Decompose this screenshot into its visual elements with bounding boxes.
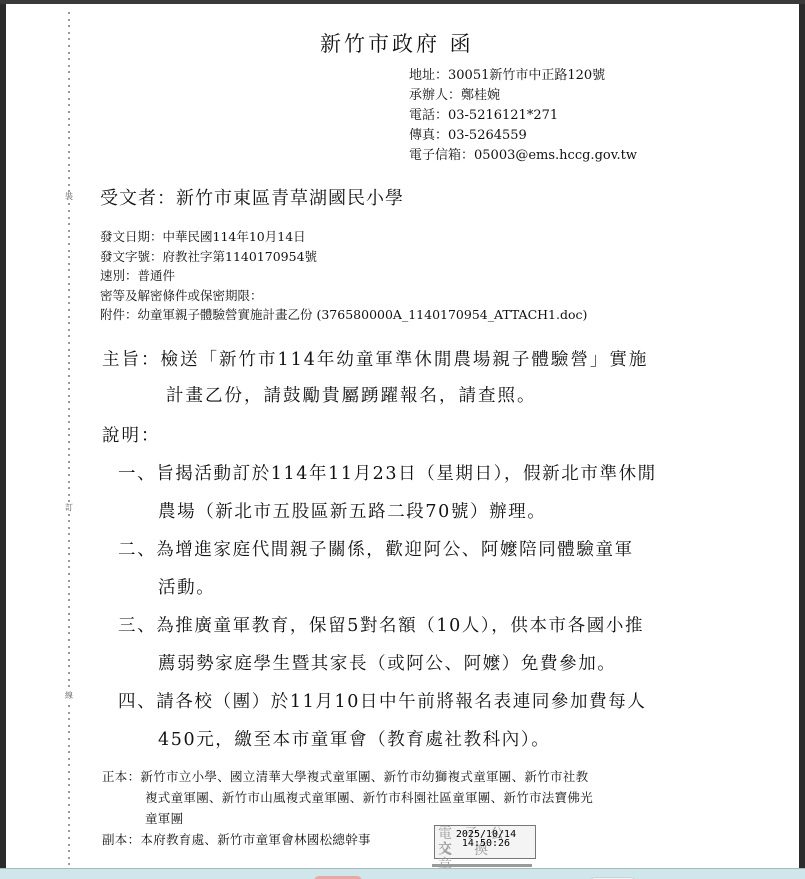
binding-dot (68, 217, 70, 219)
binding-dot (68, 415, 70, 417)
binding-dot (68, 316, 70, 318)
binding-dot (68, 500, 70, 502)
binding-dot (68, 25, 70, 27)
binding-dot (68, 38, 70, 40)
binding-dot (68, 764, 70, 766)
binding-dot (68, 514, 70, 516)
binding-dot (68, 804, 70, 806)
horizontal-scrollbar-thumb[interactable] (432, 864, 532, 867)
binding-dot (68, 296, 70, 298)
binding-dot (68, 745, 70, 747)
binding-dot (68, 731, 70, 733)
binding-dot (68, 362, 70, 364)
item-2-line-1: 二、為增進家庭代間親子關係，歡迎阿公、阿嬤陪同體驗童軍 (118, 536, 634, 561)
binding-dot (68, 184, 70, 186)
binding-dot (68, 263, 70, 265)
binding-dot (68, 784, 70, 786)
binding-dot (68, 811, 70, 813)
binding-dot (68, 329, 70, 331)
binding-dot (68, 566, 70, 568)
binding-dot (68, 606, 70, 608)
binding-dot (68, 289, 70, 291)
binding-dot (68, 467, 70, 469)
stamp-time: 14:50:26 (453, 839, 519, 848)
binding-dot (68, 725, 70, 727)
binding-dot (68, 863, 70, 865)
binding-dot (68, 382, 70, 384)
document-page: 裝訂線 新竹市政府 函 地址：30051新竹市中正路120號 承辦人：鄭桂婉 電… (6, 4, 799, 868)
binding-dot (68, 85, 70, 87)
binding-dot (68, 844, 70, 846)
binding-dot (68, 679, 70, 681)
meta-block: 發文日期：中華民國114年10月14日 發文字號：府教社字第1140170954… (100, 227, 587, 325)
binding-dot (68, 375, 70, 377)
binding-dot (68, 335, 70, 337)
taskbar (0, 868, 805, 879)
binding-dot (68, 461, 70, 463)
binding-dot (68, 685, 70, 687)
binding-dot (68, 78, 70, 80)
item-3-line-2: 薦弱勢家庭學生暨其家長（或阿公、阿嬤）免費參加。 (158, 650, 616, 675)
original-line-1: 正本：新竹市立小學、國立清華大學複式童軍團、新竹市幼獅複式童軍團、新竹市社教 (102, 766, 593, 787)
item-4-line-1: 四、請各校（團）於11月10日中午前將報名表連同參加費每人 (118, 688, 646, 713)
binding-dot (68, 599, 70, 601)
binding-dot (68, 401, 70, 403)
binding-dot (68, 12, 70, 14)
binding-dot (68, 302, 70, 304)
binding-dot (68, 250, 70, 252)
binding-dot (68, 58, 70, 60)
binding-dot (68, 276, 70, 278)
binding-dot (68, 32, 70, 34)
binding-dot (68, 718, 70, 720)
recipient: 受文者：新竹市東區青草湖國民小學 (100, 184, 404, 210)
binding-dot (68, 586, 70, 588)
binding-dot (68, 203, 70, 205)
binding-dot (68, 619, 70, 621)
binding-dot (68, 52, 70, 54)
binding-mark: 線 (62, 691, 76, 701)
address: 地址：30051新竹市中正路120號 (409, 66, 637, 86)
binding-dot (68, 177, 70, 179)
binding-dot (68, 758, 70, 760)
item-1-line-2: 農場（新北市五股區新五路二段70號）辦理。 (158, 498, 546, 523)
binding-dot (68, 243, 70, 245)
binding-dot (68, 553, 70, 555)
binding-dot (68, 573, 70, 575)
binding-dot (68, 626, 70, 628)
binding-dot (68, 632, 70, 634)
binding-dot (68, 408, 70, 410)
binding-dot (68, 322, 70, 324)
binding-dot (68, 309, 70, 311)
binding-dot (68, 256, 70, 258)
binding-dot (68, 144, 70, 146)
binding-dot (68, 533, 70, 535)
speed: 速別：普通件 (100, 266, 587, 286)
binding-dot (68, 104, 70, 106)
binding-dot (68, 857, 70, 859)
binding-dot (68, 778, 70, 780)
binding-dot (68, 791, 70, 793)
binding-dot (68, 665, 70, 667)
phone: 電話：03-5216121*271 (409, 106, 637, 126)
document-title: 新竹市政府 函 (320, 28, 474, 58)
email: 電子信箱：05003@ems.hccg.gov.tw (409, 146, 637, 166)
binding-dot (68, 481, 70, 483)
binding-dot (68, 494, 70, 496)
binding-dot (68, 659, 70, 661)
secrecy: 密等及解密條件或保密期限： (100, 286, 587, 306)
fax: 傳真：03-5264559 (409, 126, 637, 146)
stamp-timestamp: 2025/10/14 14:50:26 (453, 830, 519, 848)
binding-dot (68, 111, 70, 113)
contact-block: 地址：30051新竹市中正路120號 承辦人：鄭桂婉 電話：03-5216121… (409, 66, 637, 166)
binding-dot (68, 19, 70, 21)
binding-dot (68, 131, 70, 133)
binding-dot (68, 91, 70, 93)
issue-date: 發文日期：中華民國114年10月14日 (100, 227, 587, 247)
binding-dot (68, 118, 70, 120)
binding-dot (68, 421, 70, 423)
binding-dot (68, 771, 70, 773)
binding-dot (68, 283, 70, 285)
binding-dot (68, 157, 70, 159)
item-1-line-1: 一、旨揭活動訂於114年11月23日（星期日），假新北市準休閒 (118, 460, 657, 485)
binding-dot (68, 850, 70, 852)
electronic-exchange-stamp: 電子公文 交換章 2025/10/14 14:50:26 (434, 825, 536, 859)
binding-dot (68, 230, 70, 232)
binding-dot (68, 441, 70, 443)
binding-dot (68, 428, 70, 430)
binding-dot (68, 45, 70, 47)
binding-dot (68, 124, 70, 126)
item-2-line-2: 活動。 (158, 574, 215, 599)
item-4-line-2: 450元，繳至本市童軍會（教育處社教科內）。 (158, 726, 550, 751)
binding-dot (68, 164, 70, 166)
binding-dot (68, 434, 70, 436)
binding-dot (68, 170, 70, 172)
binding-dot (68, 580, 70, 582)
doc-number: 發文字號：府教社字第1140170954號 (100, 247, 587, 267)
item-3-line-1: 三、為推廣童軍教育，保留5對名額（10人），供本市各國小推 (118, 612, 644, 637)
binding-dot (68, 646, 70, 648)
binding-dot (68, 210, 70, 212)
binding-dot (68, 738, 70, 740)
binding-dot (68, 824, 70, 826)
binding-dot (68, 151, 70, 153)
binding-dot (68, 613, 70, 615)
binding-mark: 訂 (62, 503, 76, 513)
binding-dot (68, 65, 70, 67)
binding-dot (68, 797, 70, 799)
binding-dot (68, 487, 70, 489)
handler: 承辦人：鄭桂婉 (409, 86, 637, 106)
binding-line: 裝訂線 (68, 4, 72, 868)
binding-dot (68, 448, 70, 450)
binding-dot (68, 705, 70, 707)
binding-dot (68, 837, 70, 839)
binding-dot (68, 71, 70, 73)
binding-dot (68, 540, 70, 542)
binding-dot (68, 342, 70, 344)
binding-dot (68, 817, 70, 819)
original-line-2: 複式童軍團、新竹市山風複式童軍團、新竹市科園社區童軍團、新竹市法寶佛光 (102, 787, 593, 808)
binding-dot (68, 236, 70, 238)
binding-dot (68, 639, 70, 641)
binding-dot (68, 395, 70, 397)
binding-dot (68, 355, 70, 357)
binding-dot (68, 349, 70, 351)
subject-line-2: 計畫乙份，請鼓勵貴屬踴躍報名，請查照。 (166, 382, 537, 407)
binding-dot (68, 830, 70, 832)
binding-dot (68, 137, 70, 139)
binding-mark: 裝 (62, 192, 76, 202)
binding-dot (68, 751, 70, 753)
binding-dot (68, 547, 70, 549)
binding-dot (68, 527, 70, 529)
binding-dot (68, 520, 70, 522)
binding-dot (68, 368, 70, 370)
subject-line-1: 主旨：檢送「新竹市114年幼童軍準休閒農場親子體驗營」實施 (102, 346, 648, 371)
binding-dot (68, 223, 70, 225)
binding-dot (68, 454, 70, 456)
attachment-link[interactable]: 附件：幼童軍親子體驗營實施計畫乙份 (376580000A_1140170954… (100, 305, 587, 325)
binding-dot (68, 474, 70, 476)
binding-dot (68, 672, 70, 674)
binding-dot (68, 269, 70, 271)
binding-dot (68, 652, 70, 654)
binding-dot (68, 712, 70, 714)
binding-dot (68, 560, 70, 562)
binding-dot (68, 98, 70, 100)
explanation-label: 說明： (102, 422, 161, 447)
binding-dot (68, 388, 70, 390)
binding-dot (68, 593, 70, 595)
